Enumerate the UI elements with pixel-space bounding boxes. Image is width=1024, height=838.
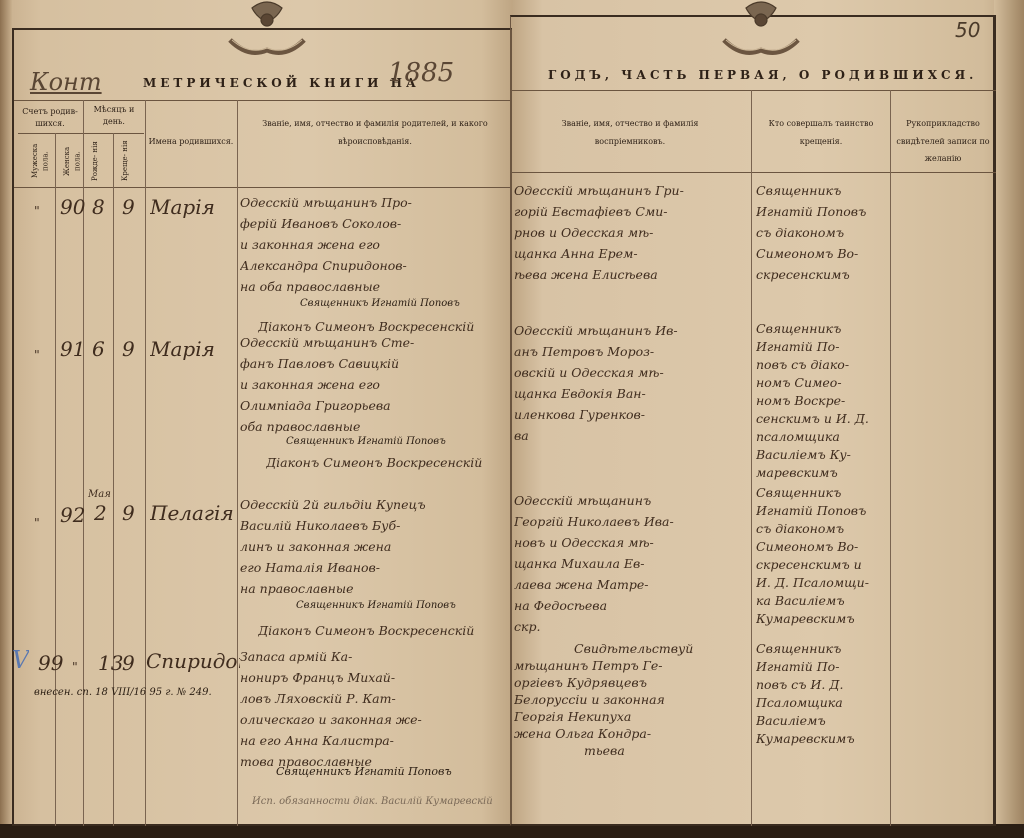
imperial-eagle-icon	[222, 0, 312, 58]
birth-day: 6	[92, 338, 105, 360]
godparents-entry: Одесскій мѣщанинъ Ив- анъ Петровъ Мороз-…	[514, 320, 750, 446]
header-names: Имена родившихся.	[147, 136, 235, 148]
margin-checkmark: V	[12, 650, 29, 671]
parents-entry: Одесскій мѣщанинъ Сте- фанъ Павловъ Сави…	[240, 332, 508, 437]
female-count: 92	[60, 504, 85, 526]
header-top-rule	[14, 100, 511, 101]
priest-signature: Священникъ Игнатій Поповъ	[300, 296, 460, 312]
column-divider	[145, 100, 146, 826]
deacon-signature: Діаконъ Симеонъ Воскресенскій	[258, 620, 474, 641]
priest-signature: Священникъ Игнатій Поповъ	[286, 434, 446, 450]
page-title-left: МЕТРИЧЕСКОЙ КНИГИ НА	[143, 76, 420, 90]
page-number: 50	[955, 18, 980, 42]
bottom-shadow	[0, 824, 1024, 838]
birth-day: 2	[94, 502, 107, 524]
column-divider	[113, 133, 114, 826]
godparents-entry: Одесскій мѣщанинъ Гри- горій Евстафіевъ …	[514, 180, 750, 285]
officiant-entry: Священникъ Игнатій По- повъ съ И. Д. Пса…	[756, 640, 888, 748]
baptism-day: 9	[122, 502, 135, 524]
column-divider	[237, 100, 238, 826]
header-female: Женска пола.	[62, 140, 83, 182]
child-name: Марія	[150, 338, 215, 360]
male-count: "	[34, 512, 40, 533]
column-divider	[890, 90, 891, 826]
baptism-day: 9	[122, 196, 135, 218]
godparents-entry: Свидѣтельствуй мѣщанинъ Петръ Ге- оргіев…	[514, 640, 750, 759]
child-name: Спиридонъ	[146, 650, 240, 672]
parents-entry: Запаса армій Ка- нониръ Францъ Михай- ло…	[240, 646, 508, 772]
header-bottom-rule	[14, 187, 511, 188]
imperial-eagle-icon	[716, 0, 806, 58]
male-count: 99	[38, 652, 63, 674]
child-name: Пелагія	[150, 502, 234, 524]
page-edge-left	[0, 0, 12, 838]
handwritten-title-prefix: Конт	[30, 68, 102, 96]
header-parents: Званіе, имя, отчество и фамилія родителе…	[250, 115, 500, 150]
child-name: Марія	[150, 196, 215, 218]
column-divider	[751, 90, 752, 826]
baptism-day: 9	[122, 652, 135, 674]
deacon-signature: Діаконъ Симеонъ Воскресенскій	[266, 452, 482, 473]
parents-entry: Одесскій 2й гильдіи Купецъ Василій Никол…	[240, 494, 508, 599]
priest-signature: Священникъ Игнатій Поповъ	[296, 598, 456, 614]
godparents-entry: Одесскій мѣщанинъ Георгій Николаевъ Ива-…	[514, 490, 750, 637]
column-divider	[55, 133, 56, 826]
male-count: "	[34, 344, 40, 365]
female-count: 91	[60, 338, 85, 360]
page-title-right: ГОДЪ, ЧАСТЬ ПЕРВАЯ, О РОДИВШИХСЯ.	[548, 68, 977, 82]
officiant-entry: Священникъ Игнатій Поповъ съ діакономъ С…	[756, 484, 888, 628]
header-male: Мужеска пола.	[30, 140, 51, 182]
header-officiant: Кто совершалъ таинство крещенія.	[758, 115, 884, 150]
header-top-rule	[512, 90, 996, 91]
subheader-rule	[18, 133, 144, 134]
header-witnesses: Рукоприкладство свидѣтелей записи по жел…	[892, 115, 994, 168]
female-count: 90	[60, 196, 85, 218]
baptism-day: 9	[122, 338, 135, 360]
header-birth-count: Счетъ родив- шихся.	[18, 106, 82, 130]
header-baptism: Креще- нія	[120, 140, 131, 182]
title-year: 1885	[388, 58, 454, 88]
acting-deacon-signature: Исп. обязанности діак. Василій Кумаревск…	[252, 794, 493, 810]
birth-day: 13	[98, 652, 123, 674]
birth-day: 8	[92, 196, 105, 218]
parents-entry: Одесскій мѣщанинъ Про- ферій Ивановъ Сок…	[240, 192, 508, 297]
header-month-day: Мѣсяцъ и день.	[84, 104, 144, 128]
priest-signature: Священникъ Игнатій Поповъ	[276, 764, 452, 780]
officiant-entry: Священникъ Игнатій Поповъ съ діакономъ С…	[756, 180, 888, 285]
header-godparents: Званіе, имя, отчество и фамилія воспріем…	[530, 115, 730, 150]
officiant-entry: Священникъ Игнатій По- повъ съ діако- но…	[756, 320, 888, 482]
header-bottom-rule	[512, 172, 996, 173]
female-count: "	[72, 656, 78, 677]
registry-note: внесен. сп. 18 VIII/16 95 г. № 249.	[34, 682, 212, 703]
male-count: "	[34, 200, 40, 221]
header-birth: Рожде- нія	[90, 140, 101, 182]
ledger-spread: 50 Конт МЕТРИЧЕСКОЙ КНИГИ НА 1885 ГОДЪ, …	[0, 0, 1024, 838]
page-edge-right	[994, 0, 1024, 838]
